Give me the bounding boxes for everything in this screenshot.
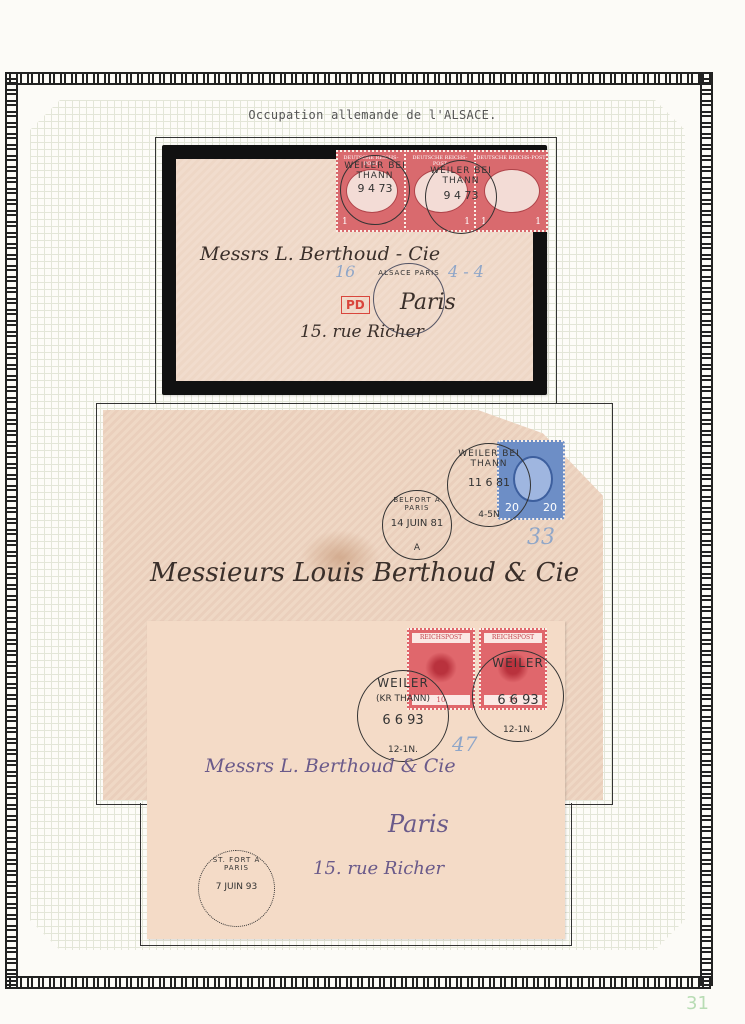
postmark-weiler-1893-a: WEILER (KR THANN) 6 6 93 12-1N. [357, 670, 449, 762]
address-line: 15. rue Richer [313, 858, 444, 879]
address-line: Paris [388, 810, 449, 838]
page-title: Occupation allemande de l'ALSACE. [0, 108, 745, 122]
postmark-weiler-1873-a: WEILER BEI THANN 9 4 73 [340, 155, 410, 225]
pencil-note: 4 - 4 [448, 262, 484, 281]
page-number: 31 [686, 993, 709, 1014]
border-top [5, 72, 711, 85]
border-right [700, 72, 713, 986]
address-line: Messrs L. Berthoud - Cie [200, 243, 440, 265]
address-line: 15. rue Richer [300, 322, 424, 342]
pencil-note: 47 [452, 732, 477, 756]
album-page: Occupation allemande de l'ALSACE. DEUTSC… [0, 0, 745, 1024]
address-line: Messieurs Louis Berthoud & Cie [150, 558, 579, 588]
arrival-postmark: ST. FORT A PARIS 7 JUIN 93 [198, 850, 275, 927]
pencil-note: 33 [527, 525, 555, 550]
border-bottom [5, 976, 711, 989]
postmark-weiler-1893-b: WEILER 6 6 93 12-1N. [472, 650, 564, 742]
pd-handstamp: PD [341, 296, 370, 314]
address-line: Paris [400, 290, 456, 315]
postmark-belfort-a-paris: BELFORT A PARIS 14 JUIN 81 A [382, 490, 452, 560]
postmark-weiler-1873-b: WEILER BEI THANN 9 4 73 [425, 160, 497, 234]
address-line: Messrs L. Berthoud & Cie [205, 755, 456, 777]
postmark-weiler-1881: WEILER BEI THANN 11 6 81 4-5N [447, 443, 531, 527]
border-left [5, 72, 18, 986]
